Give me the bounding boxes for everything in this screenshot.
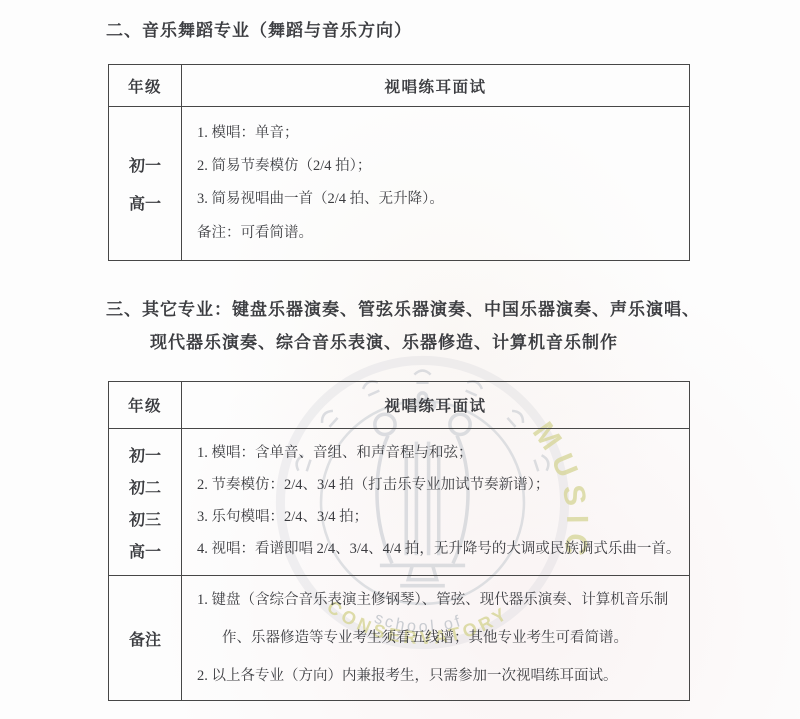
table1-header-row: 年级 视唱练耳面试 <box>109 65 690 107</box>
section-3-heading-line2: 现代器乐演奏、综合音乐表演、乐器修造、计算机音乐制作 <box>106 326 700 359</box>
exam-item: 4. 视唱：看谱即唱 2/4、3/4、4/4 拍，无升降号的大调或民族调式乐曲一… <box>197 539 687 561</box>
exam-item: 备注：可看简谱。 <box>197 223 687 245</box>
section-3-table: 年级 视唱练耳面试 初一 初二 初三 高一 1. 模唱：含单音、音组、和声音程与… <box>108 381 690 701</box>
table2-notes-row: 备注 1. 键盘（含综合音乐表演主修钢琴）、管弦、现代器乐演奏、计算机音乐制作、… <box>109 576 690 701</box>
section-3-heading-line1: 三、其它专业：键盘乐器演奏、管弦乐器演奏、中国乐器演奏、声乐演唱、 <box>106 293 700 326</box>
table2-grade-cell: 初一 初二 初三 高一 <box>109 429 181 575</box>
section-3-heading: 三、其它专业：键盘乐器演奏、管弦乐器演奏、中国乐器演奏、声乐演唱、 现代器乐演奏… <box>106 293 700 359</box>
exam-item: 1. 模唱：单音； <box>197 123 687 145</box>
table1-exam-cell: 1. 模唱：单音； 2. 简易节奏模仿（2/4 拍）； 3. 简易视唱曲一首（2… <box>182 107 689 260</box>
table2-header-row: 年级 视唱练耳面试 <box>109 382 690 429</box>
table1-header-exam: 视唱练耳面试 <box>182 65 689 106</box>
table1-header-grade: 年级 <box>109 65 181 106</box>
table1-body-row: 初一 高一 1. 模唱：单音； 2. 简易节奏模仿（2/4 拍）； 3. 简易视… <box>109 107 690 261</box>
document-page: school of CONSERVATORY MUSIC 二、音乐舞蹈专业（舞蹈… <box>0 0 800 719</box>
exam-item: 3. 简易视唱曲一首（2/4 拍、无升降）。 <box>197 189 687 211</box>
table1-grade-cell: 初一 高一 <box>109 107 181 260</box>
table2-header-grade: 年级 <box>109 382 181 428</box>
section-2-heading: 二、音乐舞蹈专业（舞蹈与音乐方向） <box>106 14 412 47</box>
grade-line: 初二 <box>129 475 161 498</box>
grade-line: 高一 <box>129 191 161 214</box>
grade-line: 初一 <box>129 153 161 176</box>
table2-notes-cell: 1. 键盘（含综合音乐表演主修钢琴）、管弦、现代器乐演奏、计算机音乐制作、乐器修… <box>182 576 689 700</box>
grade-line: 初一 <box>129 443 161 466</box>
exam-item: 2. 简易节奏模仿（2/4 拍）； <box>197 156 687 178</box>
table2-header-exam: 视唱练耳面试 <box>182 382 689 428</box>
exam-item: 3. 乐句模唱：2/4、3/4 拍； <box>197 507 687 529</box>
exam-item: 2. 节奏模仿：2/4、3/4 拍（打击乐专业加试节奏新谱）； <box>197 475 687 497</box>
table2-notes-label-cell: 备注 <box>109 576 181 700</box>
section-2-table: 年级 视唱练耳面试 初一 高一 1. 模唱：单音； 2. 简易节奏模仿（2/4 … <box>108 64 690 261</box>
notes-label: 备注 <box>129 627 161 650</box>
grade-line: 初三 <box>129 507 161 530</box>
exam-item: 1. 模唱：含单音、音组、和声音程与和弦； <box>197 443 687 465</box>
table2-body-row: 初一 初二 初三 高一 1. 模唱：含单音、音组、和声音程与和弦； 2. 节奏模… <box>109 429 690 576</box>
table2-exam-cell: 1. 模唱：含单音、音组、和声音程与和弦； 2. 节奏模仿：2/4、3/4 拍（… <box>182 429 689 575</box>
note-item: 2. 以上各专业（方向）内兼报考生，只需参加一次视唱练耳面试。 <box>197 657 687 695</box>
note-item: 1. 键盘（含综合音乐表演主修钢琴）、管弦、现代器乐演奏、计算机音乐制作、乐器修… <box>197 581 687 657</box>
grade-line: 高一 <box>129 539 161 562</box>
